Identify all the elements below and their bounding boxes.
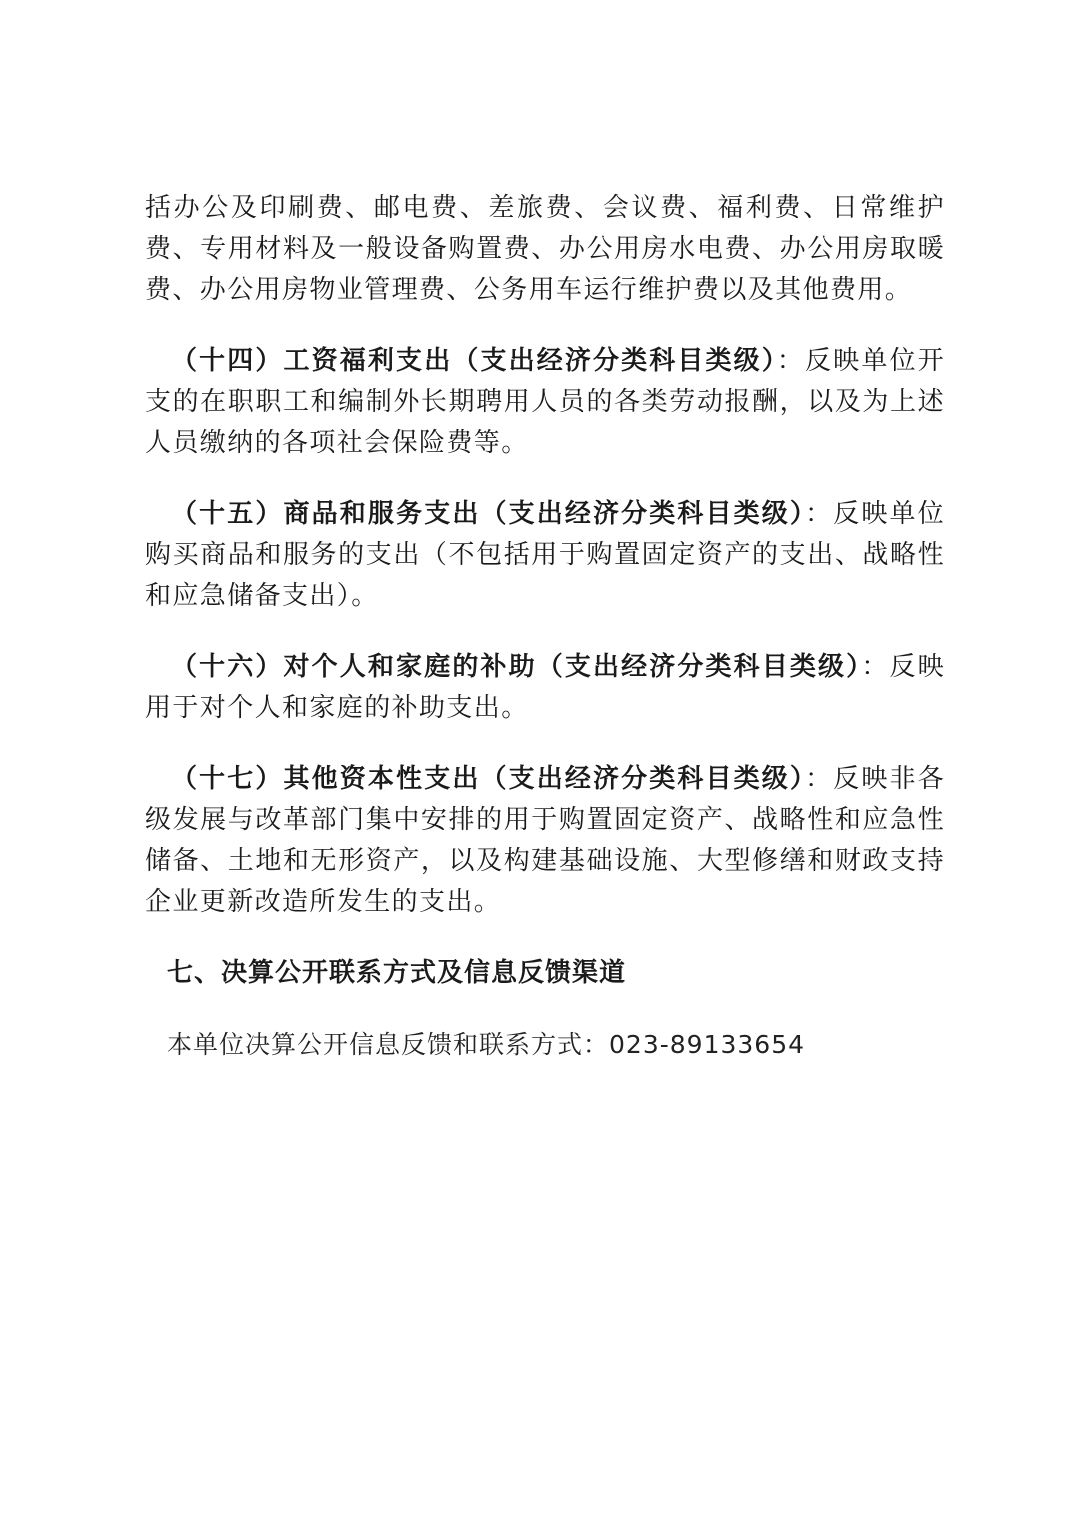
contact-line: 本单位决算公开信息反馈和联系方式：023-89133654: [145, 1024, 945, 1065]
document-page: 括办公及印刷费、邮电费、差旅费、会议费、福利费、日常维护费、专用材料及一般设备购…: [145, 188, 945, 1065]
paragraph-title: （十五）商品和服务支出（支出经济分类科目类级）: [171, 499, 805, 529]
paragraph-other-capital: （十七）其他资本性支出（支出经济分类科目类级）：反映非各级发展与改革部门集中安排…: [145, 759, 945, 923]
paragraph-household-subsidy: （十六）对个人和家庭的补助（支出经济分类科目类级）：反映用于对个人和家庭的补助支…: [145, 647, 945, 729]
paragraph-title: （十七）其他资本性支出（支出经济分类科目类级）: [171, 764, 805, 794]
contact-label: 本单位决算公开信息反馈和联系方式：: [167, 1030, 609, 1059]
contact-phone: 023-89133654: [609, 1030, 805, 1059]
paragraph-goods-services: （十五）商品和服务支出（支出经济分类科目类级）：反映单位购买商品和服务的支出（不…: [145, 494, 945, 617]
paragraph-body: 括办公及印刷费、邮电费、差旅费、会议费、福利费、日常维护费、专用材料及一般设备购…: [145, 193, 945, 305]
paragraph-title: （十四）工资福利支出（支出经济分类科目类级）: [171, 346, 777, 376]
section-heading: 七、决算公开联系方式及信息反馈渠道: [145, 953, 945, 994]
paragraph-title: （十六）对个人和家庭的补助（支出经济分类科目类级）: [171, 652, 861, 682]
paragraph-salary-welfare: （十四）工资福利支出（支出经济分类科目类级）：反映单位开支的在职职工和编制外长期…: [145, 341, 945, 464]
paragraph-continued-expenses: 括办公及印刷费、邮电费、差旅费、会议费、福利费、日常维护费、专用材料及一般设备购…: [145, 188, 945, 311]
